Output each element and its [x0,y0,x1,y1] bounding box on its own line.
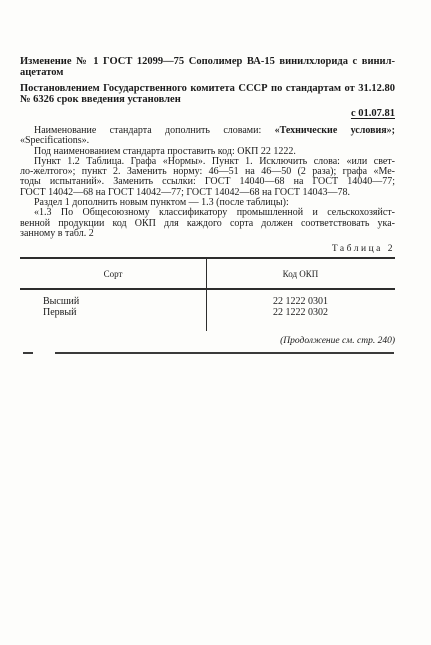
amendment-title-line2: ацетатом [20,67,395,78]
footer-rule [55,352,394,354]
footer-dash-rule [23,352,33,354]
code-cell: 22 1222 0302 [206,308,395,319]
okp-table: Сорт Код ОКП Высший 22 1222 0301 Первый … [20,257,395,331]
effective-date-value: с 01.07.81 [351,108,395,119]
grade-cell: Первый [20,308,206,319]
effective-date: с 01.07.81 [20,108,395,119]
page-content: Изменение № 1 ГОСТ 12099—75 Сополимер ВА… [20,56,395,346]
amendment-title-line1: Изменение № 1 ГОСТ 12099—75 Сополимер ВА… [20,56,395,67]
continuation-note: (Продолжение см. стр. 240) [20,336,395,346]
table-body: Высший 22 1222 0301 Первый 22 1222 0302 [20,290,395,318]
table-row: Первый 22 1222 0302 [20,308,395,319]
amendment-item-1-bold: «Технические условия»; [275,125,395,136]
amendment-item-5-line3: занному в табл. 2 [20,229,395,239]
amendments-text: Наименование стандарта дополнить словами… [20,126,395,239]
column-header-grade: Сорт [20,269,206,279]
decree-line2: № 6326 срок введения установлен [20,94,395,105]
table-header-row: Сорт Код ОКП [20,259,395,290]
decree-line1: Постановлением Государственного комитета… [20,83,395,94]
amendment-title: Изменение № 1 ГОСТ 12099—75 Сополимер ВА… [20,56,395,78]
decree-paragraph: Постановлением Государственного комитета… [20,83,395,105]
table-label: Таблица 2 [20,244,395,254]
column-header-okp-code: Код ОКП [206,269,395,279]
table-column-divider [206,259,207,331]
table-row: Высший 22 1222 0301 [20,297,395,308]
document-page: Изменение № 1 ГОСТ 12099—75 Сополимер ВА… [0,0,431,645]
